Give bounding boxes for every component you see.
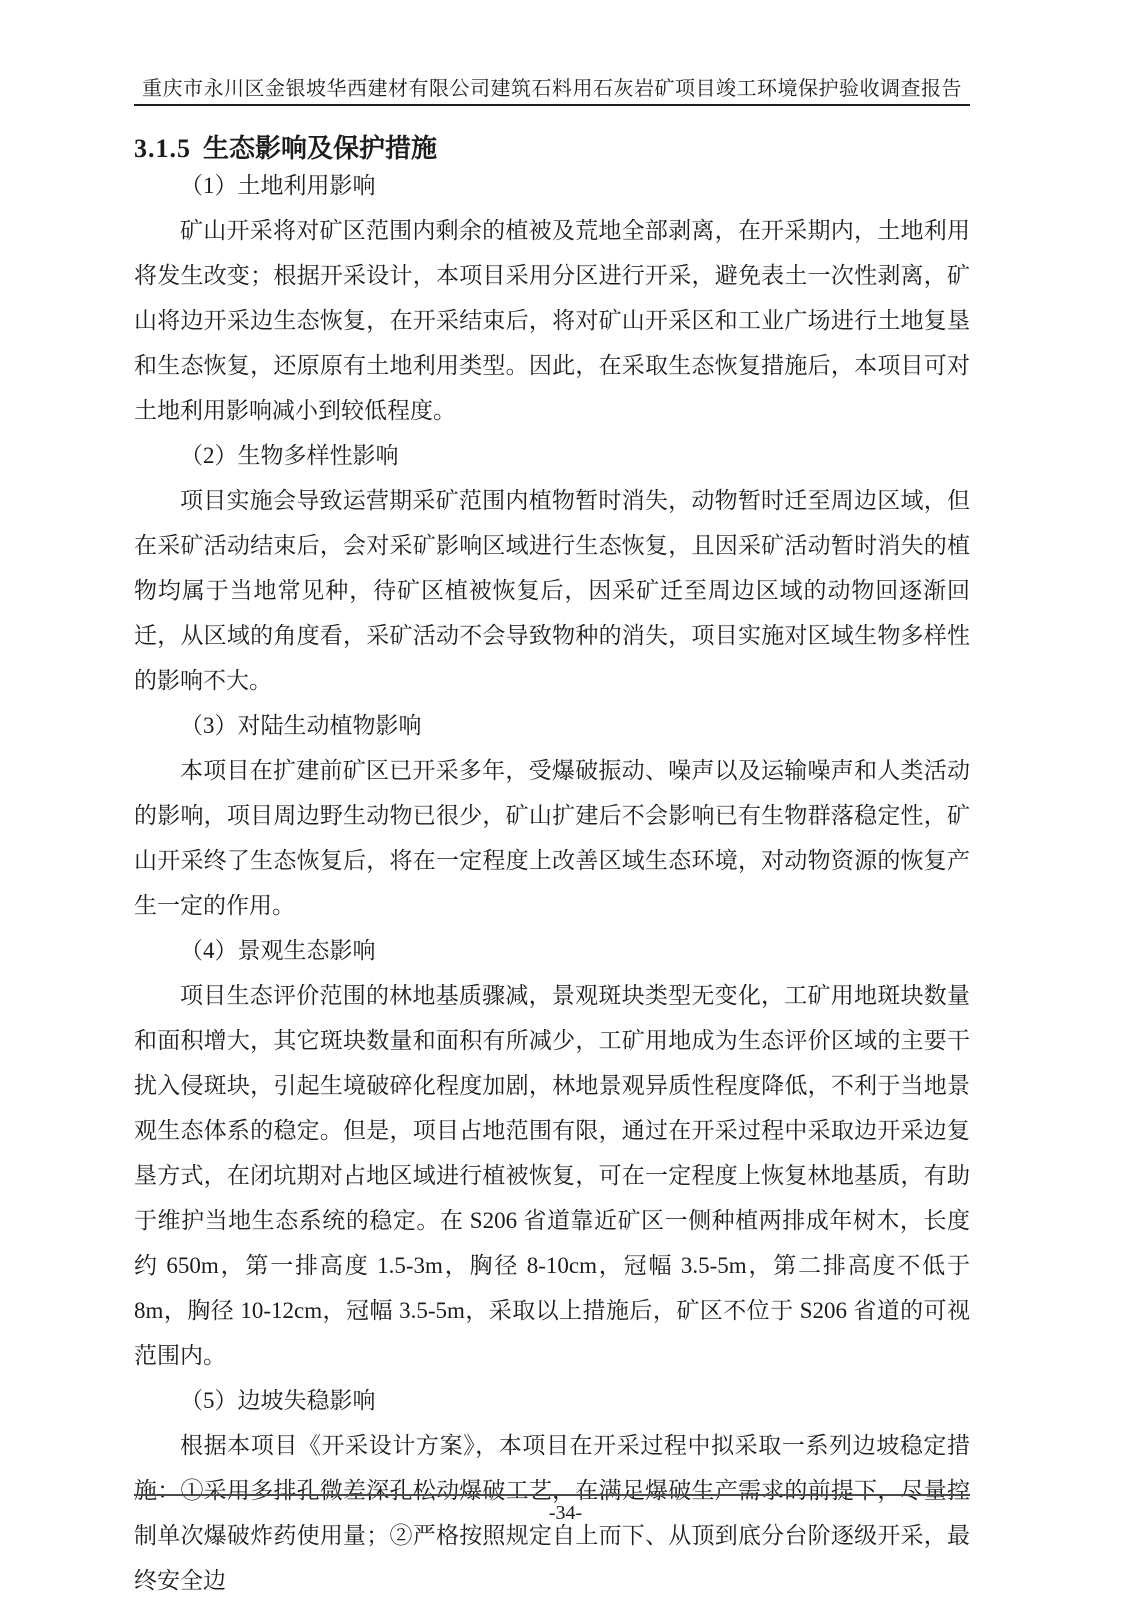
paragraph-terrestrial-life: 本项目在扩建前矿区已开采多年，受爆破振动、噪声以及运输噪声和人类活动的影响，项目… — [134, 748, 970, 928]
running-header: 重庆市永川区金银坡华西建材有限公司建筑石料用石灰岩矿项目竣工环境保护验收调查报告 — [134, 76, 970, 102]
section-number: 3.1.5 — [134, 134, 191, 163]
section-heading: 3.1.5生态影响及保护措施 — [134, 134, 970, 164]
section-title: 生态影响及保护措施 — [203, 134, 437, 163]
header-rule — [134, 104, 970, 106]
footer-rule — [134, 1494, 970, 1496]
paragraph-landscape-ecology: 项目生态评价范围的林地基质骤减，景观斑块类型无变化，工矿用地斑块数量和面积增大，… — [134, 973, 970, 1378]
subheading-landscape-ecology: （4）景观生态影响 — [134, 928, 970, 973]
subheading-biodiversity: （2）生物多样性影响 — [134, 433, 970, 478]
paragraph-land-use: 矿山开采将对矿区范围内剩余的植被及荒地全部剥离，在开采期内，土地利用将发生改变；… — [134, 208, 970, 433]
subheading-terrestrial-life: （3）对陆生动植物影响 — [134, 703, 970, 748]
subheading-land-use: （1）土地利用影响 — [134, 163, 970, 208]
subheading-slope-instability: （5）边坡失稳影响 — [134, 1378, 970, 1423]
document-page: 重庆市永川区金银坡华西建材有限公司建筑石料用石灰岩矿项目竣工环境保护验收调查报告… — [0, 0, 1131, 1600]
page-number: -34- — [0, 1500, 1131, 1526]
paragraph-biodiversity: 项目实施会导致运营期采矿范围内植物暂时消失，动物暂时迁至周边区域，但在采矿活动结… — [134, 478, 970, 703]
section-body: （1）土地利用影响 矿山开采将对矿区范围内剩余的植被及荒地全部剥离，在开采期内，… — [134, 163, 970, 1600]
